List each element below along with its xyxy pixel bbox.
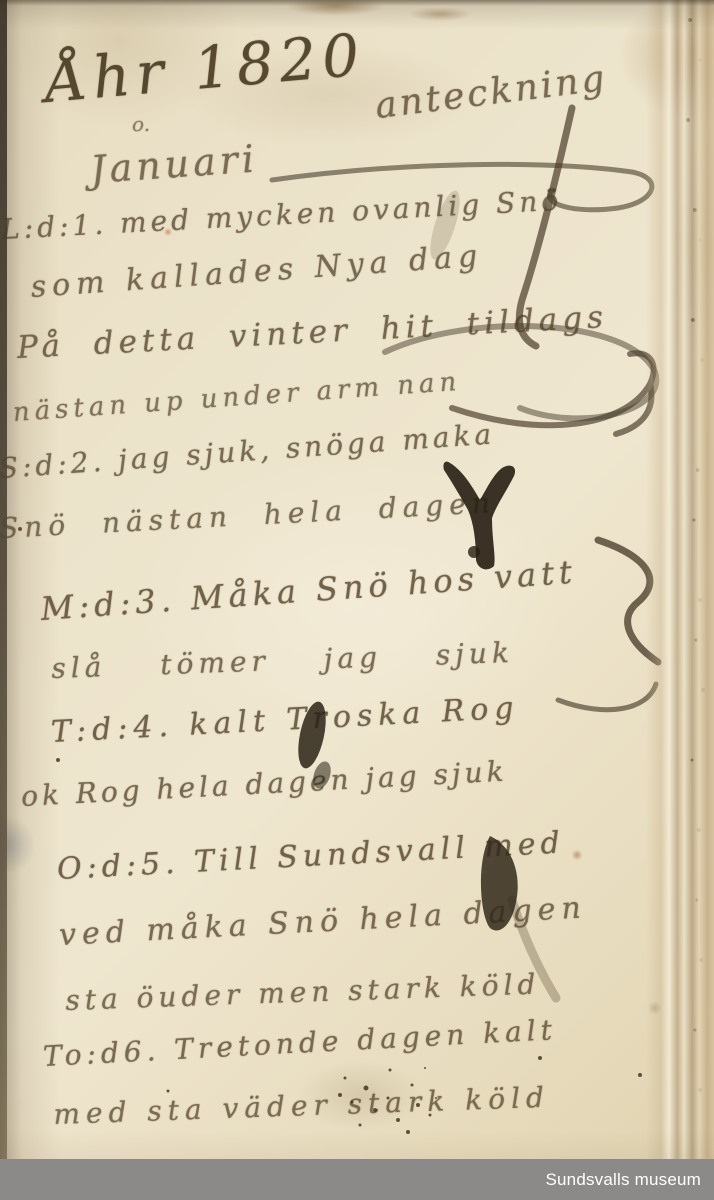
manuscript-line: Åhr 1820 <box>42 20 368 116</box>
manuscript-line: L:d:1. med mycken ovanlig Snö <box>0 184 563 246</box>
manuscript-line: Januari <box>89 136 259 192</box>
manuscript-line: med sta väder stark köld <box>53 1081 551 1131</box>
museum-credit: Sundsvalls museum <box>545 1170 714 1190</box>
book-spine-edge <box>0 0 7 1200</box>
manuscript-line: ved måka Snö hela dagen <box>58 890 587 953</box>
manuscript-line: Snö nästan hela dagen <box>0 486 497 545</box>
manuscript-photo: Åhr 1820anteckningo.JanuariL:d:1. med my… <box>0 0 714 1200</box>
manuscript-line: ok Rog hela dagen jag sjuk <box>20 755 508 813</box>
credit-bar: Sundsvalls museum <box>0 1159 714 1200</box>
manuscript-line: o. <box>132 112 150 136</box>
handwritten-text: Åhr 1820anteckningo.JanuariL:d:1. med my… <box>0 0 714 1200</box>
manuscript-line: nästan up under arm nan <box>12 367 462 428</box>
manuscript-line: anteckning <box>373 58 610 127</box>
manuscript-line: To:d6. Tretonde dagen kalt <box>42 1013 557 1073</box>
manuscript-line: På detta vinter hit tildags <box>16 299 609 366</box>
manuscript-line: T:d:4. kalt Troska Rog <box>50 691 520 750</box>
manuscript-line: sta öuder men stark köld <box>65 967 541 1017</box>
manuscript-line: M:d:3. Måka Snö hos vatt <box>39 553 578 628</box>
manuscript-line: S:d:2. jag sjuk, snöga maka <box>0 417 496 485</box>
manuscript-line: slå tömer jag sjuk <box>51 636 515 685</box>
manuscript-line: som kallades Nya dag <box>30 238 485 305</box>
manuscript-line: O:d:5. Till Sundsvall med <box>56 825 565 887</box>
